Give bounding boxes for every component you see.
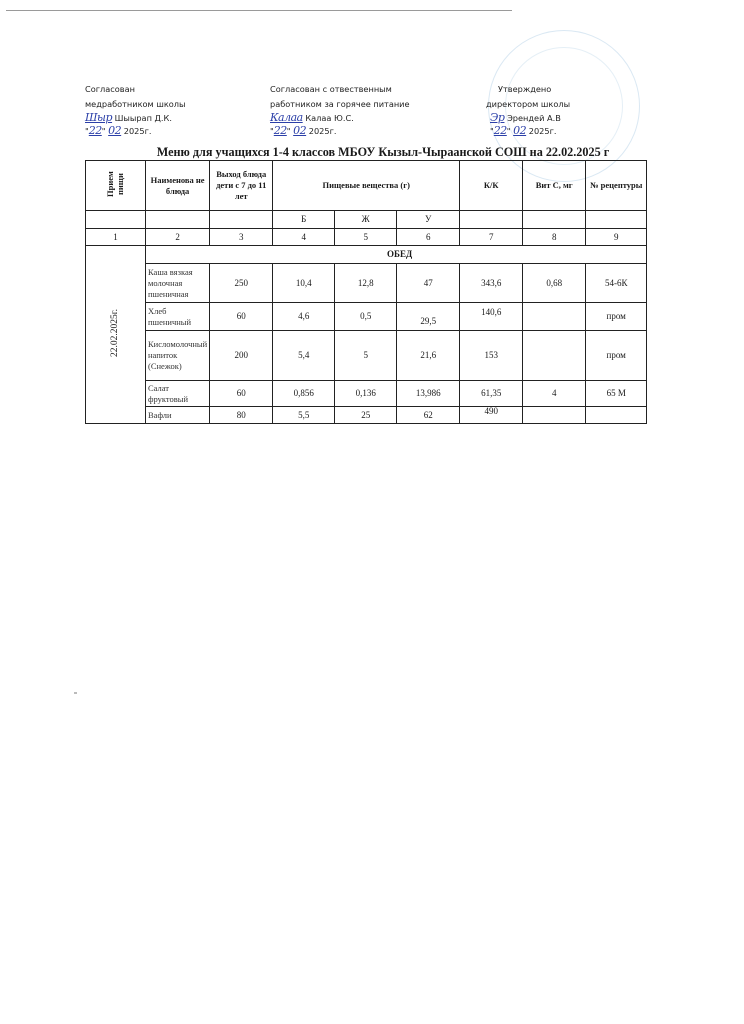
header-row: Прием пищи Наименова не блюда Выход блюд… bbox=[86, 161, 647, 211]
date-year: 2025г. bbox=[309, 126, 337, 136]
dish-kcal: 61,35 bbox=[460, 381, 523, 407]
dish-name: Каша вязкая молочная пшеничная bbox=[146, 264, 210, 303]
table-row: Салат фруктовый 60 0,856 0,136 13,986 61… bbox=[86, 381, 647, 407]
date-day: 22 bbox=[89, 124, 102, 137]
subheader-u: У bbox=[397, 211, 460, 229]
col-num: 9 bbox=[586, 229, 647, 246]
dish-recipe: 54-6К bbox=[586, 264, 647, 303]
date-cell: 22.02.2025г. bbox=[86, 246, 146, 424]
col-num: 4 bbox=[273, 229, 335, 246]
dish-b: 5,5 bbox=[273, 407, 335, 424]
dish-yield: 60 bbox=[210, 303, 273, 331]
col-num: 1 bbox=[86, 229, 146, 246]
signature: Шыр bbox=[85, 111, 112, 124]
dish-b: 4,6 bbox=[273, 303, 335, 331]
col-num: 3 bbox=[210, 229, 273, 246]
table-row: Кисломолочный напиток (Снежок) 200 5,4 5… bbox=[86, 331, 647, 381]
date-day: 22 bbox=[494, 124, 507, 137]
dish-zh: 0,5 bbox=[335, 303, 397, 331]
dish-name: Кисломолочный напиток (Снежок) bbox=[146, 331, 210, 381]
dish-vitc bbox=[523, 303, 586, 331]
dish-recipe: пром bbox=[586, 303, 647, 331]
scan-speck bbox=[74, 692, 77, 694]
header-dish: Наименова не блюда bbox=[146, 161, 210, 211]
col-num: 8 bbox=[523, 229, 586, 246]
approval-director: Утверждено директором школы Эр Эрендей А… bbox=[486, 84, 570, 138]
menu-title: Меню для учащихся 1-4 классов МБОУ Кызыл… bbox=[88, 145, 678, 160]
dish-b: 5,4 bbox=[273, 331, 335, 381]
approval-line1: Согласован bbox=[85, 84, 185, 97]
approval-medic: Согласован медработником школы Шыр Шыыра… bbox=[85, 84, 185, 138]
date-month: 02 bbox=[293, 124, 306, 137]
dish-b: 10,4 bbox=[273, 264, 335, 303]
dish-kcal: 343,6 bbox=[460, 264, 523, 303]
dish-kcal: 490 bbox=[484, 406, 498, 416]
dish-zh: 12,8 bbox=[335, 264, 397, 303]
dish-recipe bbox=[586, 407, 647, 424]
approver-name: Калаа Ю.С. bbox=[305, 113, 353, 123]
dish-name: Хлеб пшеничный bbox=[146, 303, 210, 331]
subheader-row: Б Ж У bbox=[86, 211, 647, 229]
dish-yield: 200 bbox=[210, 331, 273, 381]
dish-u: 29,5 bbox=[420, 316, 436, 326]
dish-u: 62 bbox=[397, 407, 460, 424]
scan-edge-line bbox=[6, 10, 512, 11]
approval-line1: Утверждено bbox=[486, 84, 570, 97]
header-recipe: № рецептуры bbox=[586, 161, 647, 211]
col-num: 6 bbox=[397, 229, 460, 246]
table-row: Хлеб пшеничный 60 4,6 0,5 29,5 140,6 про… bbox=[86, 303, 647, 331]
dish-yield: 60 bbox=[210, 381, 273, 407]
approval-line1: Согласован с отвественным bbox=[270, 84, 410, 97]
dish-zh: 25 bbox=[335, 407, 397, 424]
dish-yield: 250 bbox=[210, 264, 273, 303]
date-year: 2025г. bbox=[124, 126, 152, 136]
approver-name: Шыырап Д.К. bbox=[115, 113, 172, 123]
menu-table: Прием пищи Наименова не блюда Выход блюд… bbox=[85, 160, 647, 424]
subheader-b: Б bbox=[273, 211, 335, 229]
section-row: 22.02.2025г. ОБЕД bbox=[86, 246, 647, 264]
header-nutrients: Пищевые вещества (г) bbox=[273, 161, 460, 211]
dish-name: Вафли bbox=[146, 407, 210, 424]
dish-zh: 0,136 bbox=[335, 381, 397, 407]
dish-kcal: 153 bbox=[460, 331, 523, 381]
dish-yield: 80 bbox=[210, 407, 273, 424]
table-row: Каша вязкая молочная пшеничная 250 10,4 … bbox=[86, 264, 647, 303]
dish-vitc bbox=[523, 331, 586, 381]
table-row: Вафли 80 5,5 25 62 490 bbox=[86, 407, 647, 424]
date-month: 02 bbox=[108, 124, 121, 137]
dish-u: 21,6 bbox=[397, 331, 460, 381]
col-num: 7 bbox=[460, 229, 523, 246]
dish-u: 47 bbox=[397, 264, 460, 303]
section-title: ОБЕД bbox=[146, 246, 647, 264]
date-day: 22 bbox=[274, 124, 287, 137]
col-num: 2 bbox=[146, 229, 210, 246]
dish-b: 0,856 bbox=[273, 381, 335, 407]
dish-vitc: 4 bbox=[523, 381, 586, 407]
dish-vitc bbox=[523, 407, 586, 424]
header-meal: Прием пищи bbox=[86, 161, 146, 211]
header-kcal: К/К bbox=[460, 161, 523, 211]
date-month: 02 bbox=[513, 124, 526, 137]
dish-vitc: 0,68 bbox=[523, 264, 586, 303]
subheader-zh: Ж bbox=[335, 211, 397, 229]
header-yield: Выход блюда дети с 7 до 11 лет bbox=[210, 161, 273, 211]
col-num: 5 bbox=[335, 229, 397, 246]
dish-name: Салат фруктовый bbox=[146, 381, 210, 407]
dish-recipe: 65 М bbox=[586, 381, 647, 407]
approver-name: Эрендей А.В bbox=[507, 113, 561, 123]
signature: Калаа bbox=[270, 111, 303, 124]
dish-u: 13,986 bbox=[397, 381, 460, 407]
column-number-row: 1 2 3 4 5 6 7 8 9 bbox=[86, 229, 647, 246]
dish-recipe: пром bbox=[586, 331, 647, 381]
date-year: 2025г. bbox=[529, 126, 557, 136]
approval-food-staff: Согласован с отвественным работником за … bbox=[270, 84, 410, 138]
signature: Эр bbox=[490, 111, 504, 124]
dish-zh: 5 bbox=[335, 331, 397, 381]
header-vitc: Вит С, мг bbox=[523, 161, 586, 211]
dish-kcal: 140,6 bbox=[481, 307, 501, 317]
